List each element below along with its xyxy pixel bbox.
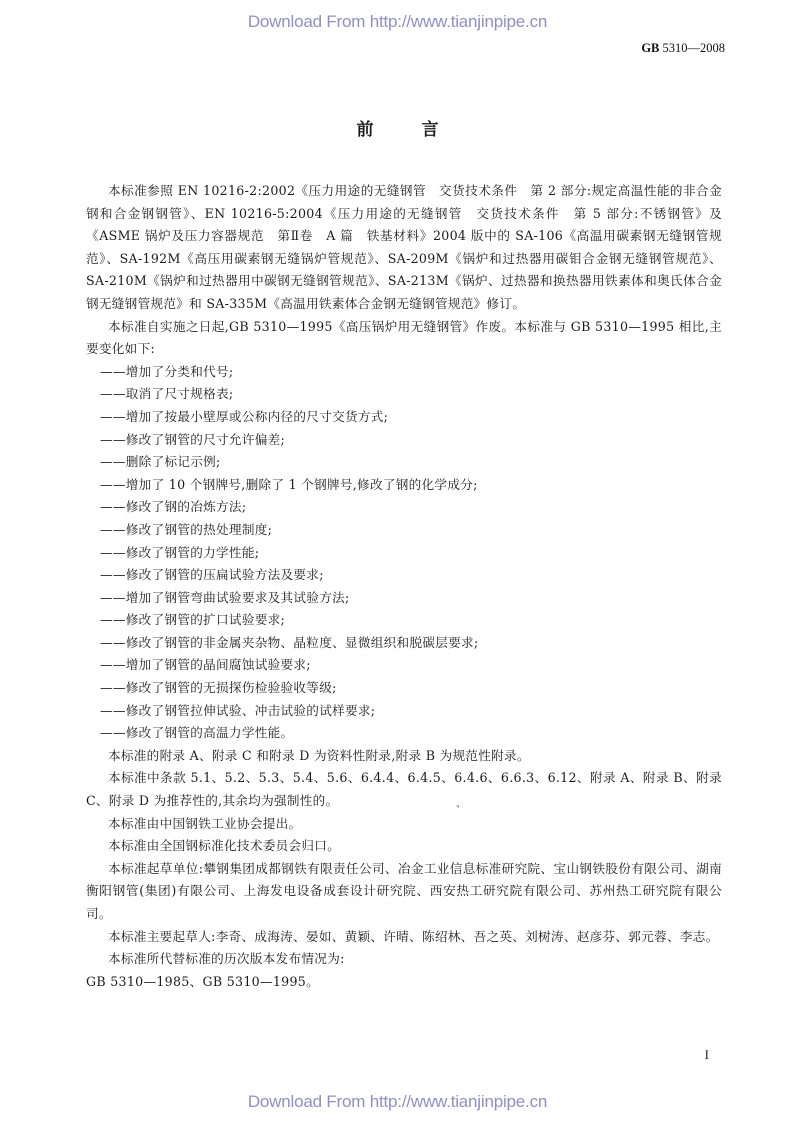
page-title: 前言 (0, 115, 795, 140)
change-item: ——修改了钢管的力学性能; (86, 542, 722, 565)
foreword-body: 本标准参照 EN 10216-2:2002《压力用途的无缝钢管 交货技术条件 第… (86, 180, 722, 993)
standard-number-header: GB 5310—2008 (641, 41, 725, 56)
standard-prefix: GB (641, 41, 659, 55)
page-number: I (705, 1047, 709, 1063)
change-item: ——修改了钢的冶炼方法; (86, 496, 722, 519)
change-item: ——增加了 10 个钢牌号,删除了 1 个钢牌号,修改了钢的化学成分; (86, 474, 722, 497)
watermark-top: Download From http://www.tianjinpipe.cn (0, 12, 795, 32)
standard-number: 5310—2008 (663, 41, 726, 55)
paragraph-supersedes: 本标准自实施之日起,GB 5310—1995《高压锅炉用无缝钢管》作废。本标准与… (86, 316, 722, 361)
paragraph-appendices: 本标准的附录 A、附录 C 和附录 D 为资料性附录,附录 B 为规范性附录。 (86, 745, 722, 768)
changes-list: ——增加了分类和代号; ——取消了尺寸规格表; ——增加了按最小壁厚或公称内径的… (86, 361, 722, 745)
watermark-bottom: Download From http://www.tianjinpipe.cn (0, 1092, 795, 1112)
paragraph-drafting-units: 本标准起草单位:攀钢集团成都钢铁有限责任公司、冶金工业信息标准研究院、宝山钢铁股… (86, 858, 722, 926)
paragraph-history-intro: 本标准所代替标准的历次版本发布情况为: (86, 948, 722, 971)
title-char-1: 前 (357, 115, 374, 140)
change-item: ——删除了标记示例; (86, 451, 722, 474)
change-item: ——取消了尺寸规格表; (86, 383, 722, 406)
change-item: ——修改了钢管的非金属夹杂物、晶粒度、显微组织和脱碳层要求; (86, 632, 722, 655)
change-item: ——修改了钢管的无损探伤检验验收等级; (86, 677, 722, 700)
paragraph-recommended-clauses: 本标准中条款 5.1、5.2、5.3、5.4、5.6、6.4.4、6.4.5、6… (86, 767, 722, 812)
change-item: ——修改了钢管的高温力学性能。 (86, 722, 722, 745)
change-item: ——增加了按最小壁厚或公称内径的尺寸交货方式; (86, 406, 722, 429)
paragraph-centralized: 本标准由全国钢标准化技术委员会归口。 (86, 835, 722, 858)
change-item: ——修改了钢管的扩口试验要求; (86, 609, 722, 632)
change-item: ——增加了分类和代号; (86, 361, 722, 384)
paragraph-drafters: 本标准主要起草人:李奇、成海涛、晏如、黄颖、许晴、陈绍林、吾之英、刘树涛、赵彦芬… (86, 926, 722, 949)
change-item: ——增加了钢管弯曲试验要求及其试验方法; (86, 587, 722, 610)
stray-mark: 、 (456, 795, 466, 810)
paragraph-history-versions: GB 5310—1985、GB 5310—1995。 (86, 971, 722, 994)
change-item: ——修改了钢管拉伸试验、冲击试验的试样要求; (86, 700, 722, 723)
paragraph-proposer: 本标准由中国钢铁工业协会提出。 (86, 813, 722, 836)
change-item: ——修改了钢管的热处理制度; (86, 519, 722, 542)
change-item: ——修改了钢管的压扁试验方法及要求; (86, 564, 722, 587)
paragraph-references: 本标准参照 EN 10216-2:2002《压力用途的无缝钢管 交货技术条件 第… (86, 180, 722, 316)
history-versions-text: GB 5310—1985、GB 5310—1995。 (86, 974, 319, 989)
change-item: ——修改了钢管的尺寸允许偏差; (86, 429, 722, 452)
change-item: ——增加了钢管的晶间腐蚀试验要求; (86, 654, 722, 677)
title-char-2: 言 (422, 115, 439, 140)
